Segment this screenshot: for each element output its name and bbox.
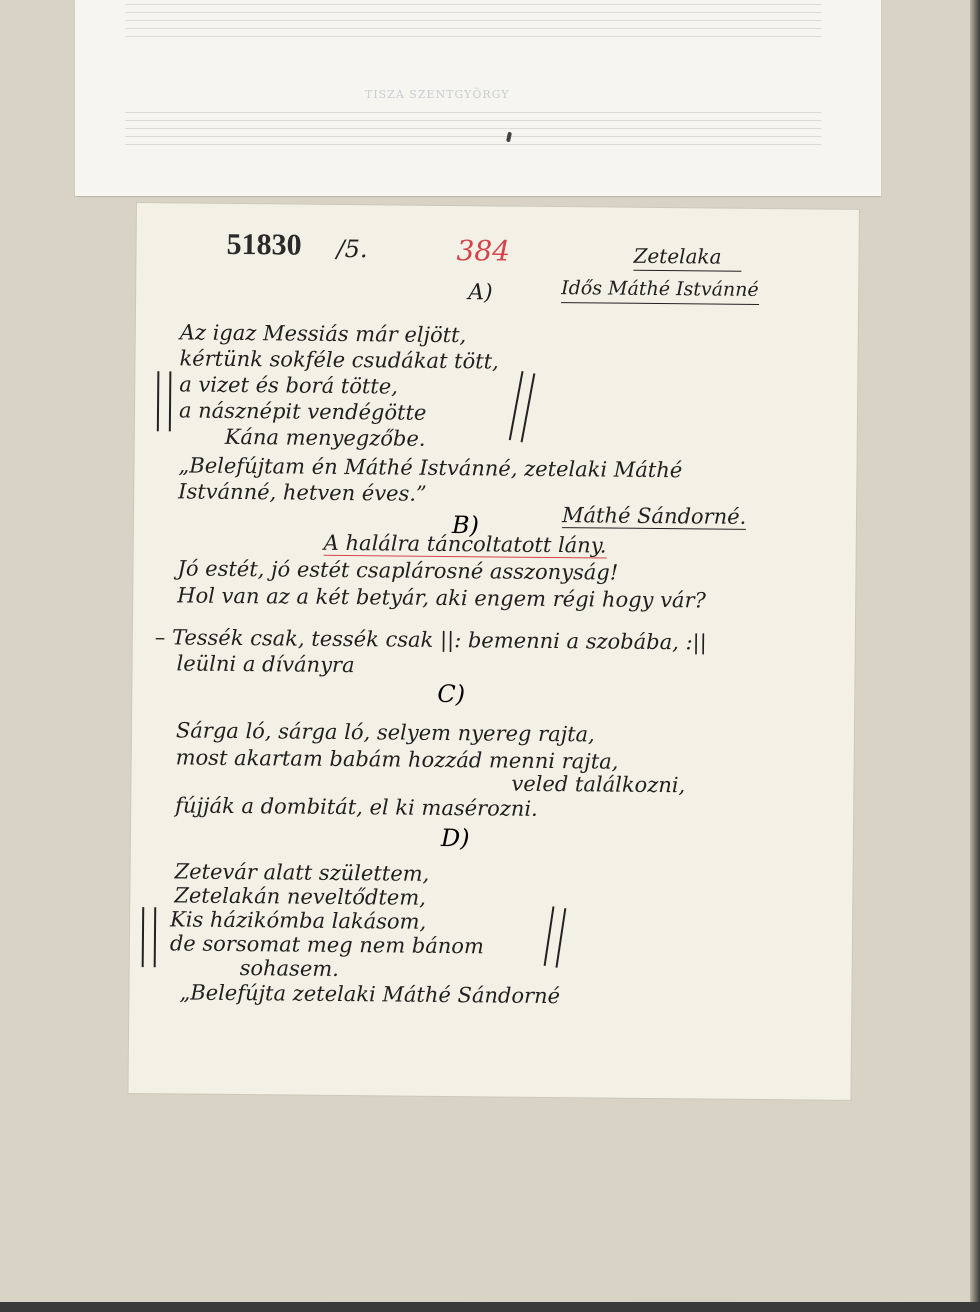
performer-b: Máthé Sándorné. xyxy=(562,503,747,530)
repeat-sign-start xyxy=(142,907,157,967)
verse-line: sohasem. xyxy=(240,956,339,981)
verse-line: Hol van az a két betyár, aki engem régi … xyxy=(177,583,706,612)
catalog-number: 51830 xyxy=(226,228,301,263)
attribution-line: „Belefújtam én Máthé Istvánné, zetelaki … xyxy=(178,453,682,482)
verse-line: – Tessék csak, tessék csak ||: bemenni a… xyxy=(155,625,707,654)
verse-line: a násznépit vendégötte xyxy=(179,398,427,424)
attribution-line: „Belefújta zetelaki Máthé Sándorné xyxy=(179,980,560,1008)
song-title-b: A halálra táncoltatott lány. xyxy=(324,531,607,559)
verse-line: de sorsomat meg nem bánom xyxy=(170,931,484,958)
verse-line-insert: veled találkozni, xyxy=(511,772,685,798)
verse-line: a vizet és borá tötte, xyxy=(179,372,398,398)
verse-line: Jó estét, jó estét csaplárosné asszonysá… xyxy=(177,556,618,584)
board-right-edge xyxy=(970,0,980,1312)
scan-bottom-edge xyxy=(0,1302,980,1312)
performer-a: Idős Máthé Istvánné xyxy=(561,277,759,305)
music-staff-top xyxy=(125,4,821,44)
verse-line: Kána menyegzőbe. xyxy=(225,425,426,451)
section-a-label: A) xyxy=(468,280,493,305)
repeat-sign-end xyxy=(509,371,536,442)
verse-line: kértünk sokféle csudákat tött, xyxy=(179,346,498,373)
verse-line: fújják a dombitát, el ki masérozni. xyxy=(175,793,538,820)
verse-line: Kis házikómba lakásom, xyxy=(170,907,426,933)
verse-line: Zetevár alatt születtem, xyxy=(174,859,429,885)
music-staff-bottom xyxy=(125,112,821,152)
verse-line: Az igaz Messiás már eljött, xyxy=(180,320,467,347)
verse-line: leülni a díványra xyxy=(176,651,354,677)
red-item-number: 384 xyxy=(456,234,510,268)
strip-heading: TISZA SZENTGYÖRGY xyxy=(365,88,509,101)
section-c-label: C) xyxy=(437,680,465,708)
section-d-label: D) xyxy=(441,824,470,852)
repeat-sign-start xyxy=(157,371,172,431)
catalog-suffix: /5. xyxy=(336,235,367,263)
repeat-sign-end xyxy=(544,906,567,967)
place-name: Zetelaka xyxy=(633,244,741,272)
manuscript-card: 51830 /5. 384 Zetelaka A) Idős Máthé Ist… xyxy=(128,203,859,1100)
attribution-line: Istvánné, hetven éves.” xyxy=(178,479,427,505)
music-notation-strip: TISZA SZENTGYÖRGY xyxy=(75,0,881,196)
verse-line: most akartam babám hozzád menni rajta, xyxy=(176,745,619,773)
verse-line: Sárga ló, sárga ló, selyem nyereg rajta, xyxy=(176,718,595,746)
verse-line: Zetelakán neveltődtem, xyxy=(174,883,426,909)
